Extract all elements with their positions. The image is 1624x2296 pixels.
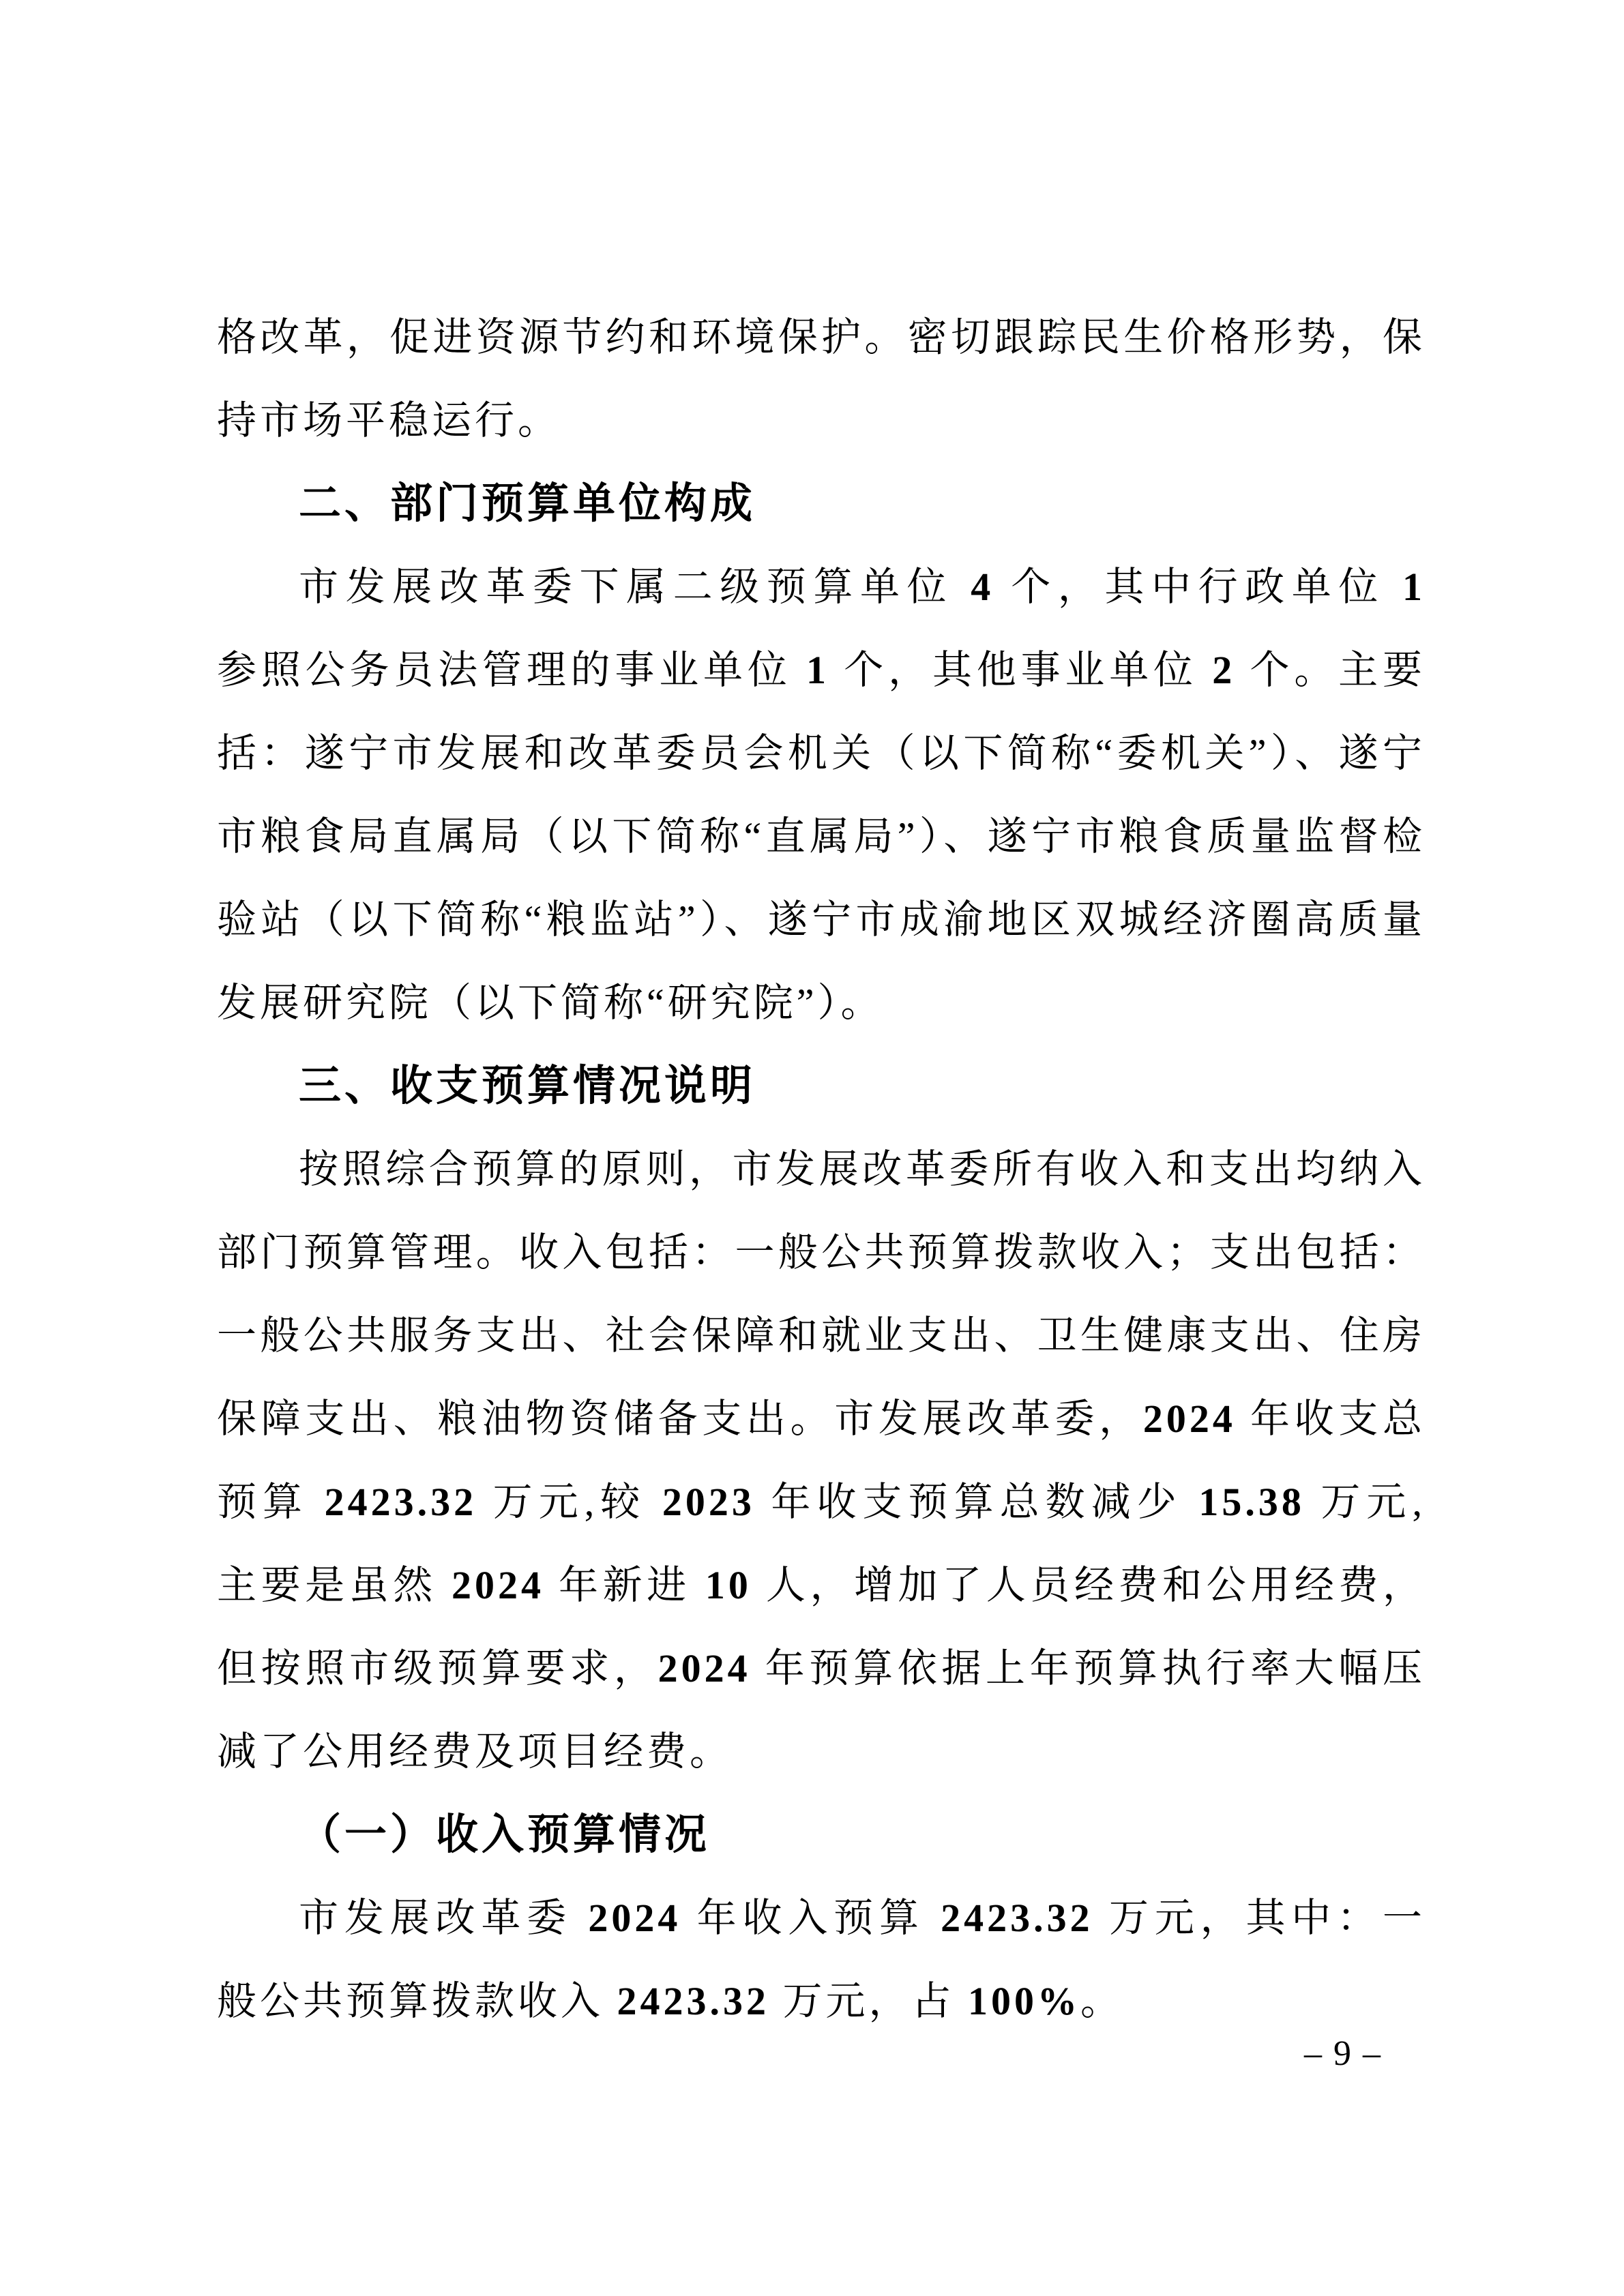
- document-line: 持市场平稳运行。: [217, 379, 1426, 462]
- numeral: 1: [1402, 565, 1426, 609]
- numeral: 100%: [968, 1979, 1080, 2023]
- numeral: 2024: [1143, 1397, 1236, 1441]
- document-line: 主要是虽然 2024 年新进 10 人，增加了人员经费和公用经费，: [217, 1544, 1426, 1627]
- numeral: 2024: [658, 1646, 751, 1690]
- numeral: 2423.32: [325, 1480, 477, 1524]
- document-line: 般公共预算拨款收入 2423.32 万元，占 100%。: [217, 1960, 1426, 2043]
- document-line: 市粮食局直属局（以下简称“直属局”）、遂宁市粮食质量监督检: [217, 795, 1426, 878]
- document-line: 部门预算管理。收入包括：一般公共预算拨款收入；支出包括：: [217, 1211, 1426, 1294]
- document-line: 预算 2423.32 万元,较 2023 年收支预算总数减少 15.38 万元,: [217, 1461, 1426, 1544]
- document-line: 一般公共服务支出、社会保障和就业支出、卫生健康支出、住房: [217, 1294, 1426, 1377]
- document-line: 按照综合预算的原则，市发展改革委所有收入和支出均纳入: [217, 1128, 1426, 1211]
- document-line: 括：遂宁市发展和改革委员会机关（以下简称“委机关”）、遂宁: [217, 712, 1426, 795]
- numeral: 15.38: [1198, 1480, 1305, 1524]
- document-line: 格改革，促进资源节约和环境保护。密切跟踪民生价格形势，保: [217, 296, 1426, 379]
- numeral: 2423.32: [941, 1896, 1093, 1940]
- document-line: 减了公用经费及项目经费。: [217, 1710, 1426, 1793]
- document-line: 发展研究院（以下简称“研究院”）。: [217, 961, 1426, 1045]
- document-line: 参照公务员法管理的事业单位 1 个，其他事业单位 2 个。主要包: [217, 629, 1426, 712]
- document-line: 市发展改革委下属二级预算单位 4 个，其中行政单位 1 个，: [217, 546, 1426, 629]
- document-line: 验站（以下简称“粮监站”）、遂宁市成渝地区双城经济圈高质量: [217, 878, 1426, 961]
- section-heading: 三、收支预算情况说明: [217, 1045, 1426, 1128]
- page: 格改革，促进资源节约和环境保护。密切跟踪民生价格形势，保持市场平稳运行。二、部门…: [0, 0, 1624, 2296]
- numeral: 2024: [588, 1896, 681, 1940]
- numeral: 10: [705, 1563, 752, 1607]
- document-line: 保障支出、粮油物资储备支出。市发展改革委，2024 年收支总: [217, 1377, 1426, 1461]
- section-heading: （一）收入预算情况: [217, 1793, 1426, 1877]
- numeral: 2423.32: [617, 1979, 770, 2023]
- document-line: 市发展改革委 2024 年收入预算 2423.32 万元，其中：一: [217, 1877, 1426, 1960]
- numeral: 2024: [452, 1563, 544, 1607]
- document-line: 但按照市级预算要求，2024 年预算依据上年预算执行率大幅压: [217, 1627, 1426, 1710]
- numeral: 2023: [662, 1480, 755, 1524]
- numeral: 1: [806, 648, 829, 692]
- numeral: 4: [971, 565, 994, 609]
- document-body: 格改革，促进资源节约和环境保护。密切跟踪民生价格形势，保持市场平稳运行。二、部门…: [217, 0, 1426, 2043]
- numeral: 2: [1212, 648, 1235, 692]
- page-number: – 9 –: [1304, 2027, 1382, 2081]
- section-heading: 二、部门预算单位构成: [217, 462, 1426, 546]
